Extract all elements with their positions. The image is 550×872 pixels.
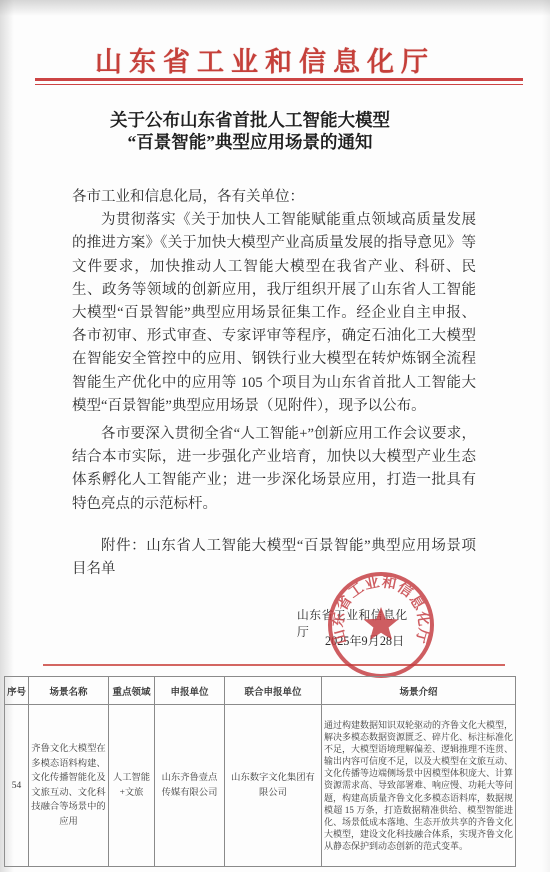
rule-bottom — [35, 84, 523, 86]
table-row: 54 齐鲁文化大模型在多模态语料构建、文化传播智能化及文旅互动、文化科技融合等场… — [5, 705, 516, 867]
cell-description: 通过构建数据知识双轮驱动的齐鲁文化大模型，解决多模态数据资源匮乏、碎片化、标注标… — [322, 705, 516, 867]
salutation: 各市工业和信息化局，各有关单位： — [72, 186, 476, 209]
header-applicant: 申报单位 — [155, 677, 225, 705]
notice-title: 关于公布山东省首批人工智能大模型 “百景智能”典型应用场景的通知 — [0, 109, 500, 153]
header-scene-name: 场景名称 — [29, 677, 109, 705]
cell-co-applicant: 山东数字文化集团有限公司 — [225, 705, 322, 867]
cell-seq: 54 — [5, 705, 29, 867]
body-paragraph-2: 各市要深入贯彻全省“人工智能+”创新应用工作会议要求，结合本市实际，进一步强化产… — [72, 423, 476, 516]
header-description: 场景介绍 — [322, 677, 516, 705]
letterhead-title: 山东省工业和信息化厅 — [0, 40, 530, 79]
table-header-row: 序号 场景名称 重点领域 申报单位 联合申报单位 场景介绍 — [5, 677, 516, 705]
notice-body: 各市工业和信息化局，各有关单位： 为贯彻落实《关于加快人工智能赋能重点领域高质量… — [72, 186, 476, 581]
cell-applicant: 山东齐鲁壹点传媒有限公司 — [155, 705, 225, 867]
notice-title-line2: “百景智能”典型应用场景的通知 — [0, 131, 500, 153]
body-paragraph-1: 为贯彻落实《关于加快人工智能赋能重点领域高质量发展的推进方案》《关于加快大模型产… — [72, 209, 476, 418]
letterhead-double-rule — [35, 78, 523, 85]
header-key-domain: 重点领域 — [109, 677, 155, 705]
header-seq: 序号 — [5, 677, 29, 705]
rule-top — [35, 78, 523, 81]
star-icon — [364, 607, 399, 640]
header-co-applicant: 联合申报单位 — [225, 677, 322, 705]
document-page: 山东省工业和信息化厅 关于公布山东省首批人工智能大模型 “百景智能”典型应用场景… — [0, 0, 550, 872]
appendix-table: 序号 场景名称 重点领域 申报单位 联合申报单位 场景介绍 54 齐鲁文化大模型… — [4, 676, 516, 867]
cell-scene-name: 齐鲁文化大模型在多模态语料构建、文化传播智能化及文旅互动、文化科技融合等场景中的… — [29, 705, 109, 867]
cell-key-domain: 人工智能+文旅 — [109, 705, 155, 867]
notice-title-line1: 关于公布山东省首批人工智能大模型 — [0, 109, 500, 131]
